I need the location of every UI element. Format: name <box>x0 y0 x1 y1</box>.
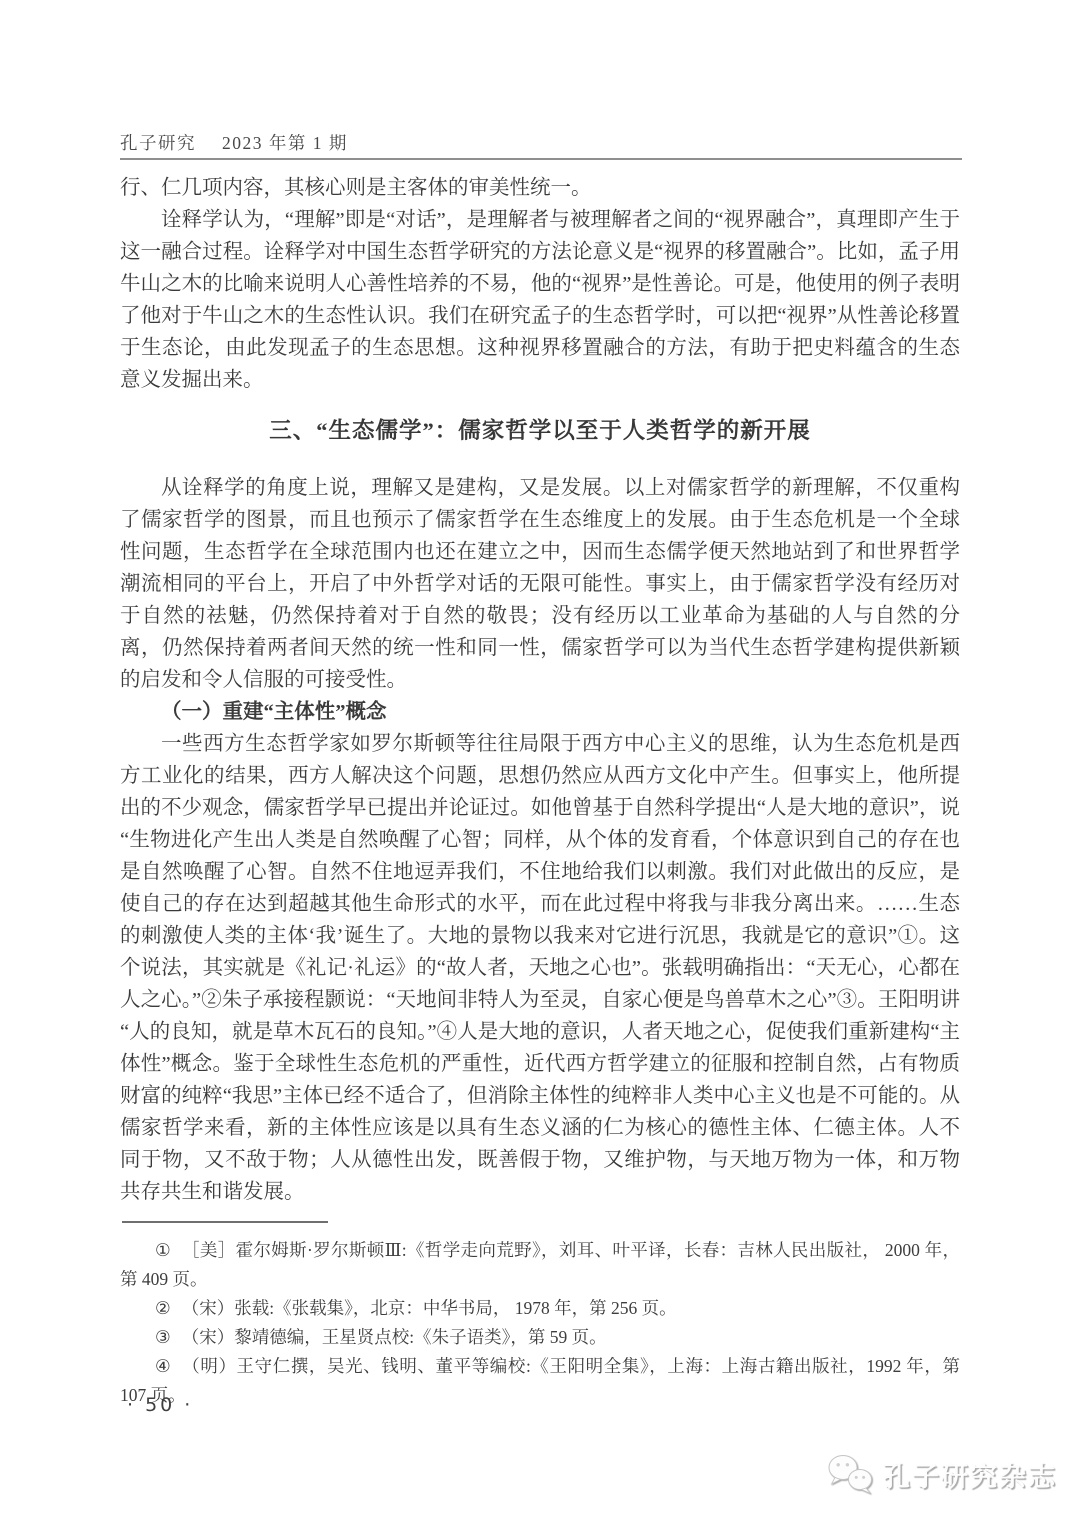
footnote-text: （宋）张载:《张载集》，北京：中华书局， 1978 年，第 256 页。 <box>182 1298 677 1318</box>
footnote-marker: ④ <box>155 1356 171 1376</box>
footnote-text: （明）王守仁撰，吴光、钱明、董平等编校:《王阳明全集》，上海：上海古籍出版社，1… <box>120 1356 960 1405</box>
footnote-marker: ② <box>155 1298 171 1318</box>
footnote: ①［美］霍尔姆斯·罗尔斯顿Ⅲ:《哲学走向荒野》，刘耳、叶平译，长春：吉林人民出版… <box>120 1236 960 1294</box>
running-head: 孔子研究2023 年第 1 期 <box>120 130 960 155</box>
footnote-separator <box>122 1221 328 1223</box>
footnote-text: ［美］霍尔姆斯·罗尔斯顿Ⅲ:《哲学走向荒野》，刘耳、叶平译，长春：吉林人民出版社… <box>120 1240 960 1289</box>
wechat-watermark: 孔子研究杂志 <box>826 1453 1057 1495</box>
wechat-bubbles-icon <box>826 1453 876 1495</box>
footnote: ②（宋）张载:《张载集》，北京：中华书局， 1978 年，第 256 页。 <box>120 1294 960 1323</box>
paragraph: 一些西方生态哲学家如罗尔斯顿等往往局限于西方中心主义的思维，认为生态危机是西方工… <box>120 728 960 1208</box>
footnote: ④（明）王守仁撰，吴光、钱明、董平等编校:《王阳明全集》，上海：上海古籍出版社，… <box>120 1352 960 1410</box>
footnote-text: （宋）黎靖德编，王星贤点校:《朱子语类》，第 59 页。 <box>182 1327 607 1347</box>
footnote-marker: ③ <box>155 1327 171 1347</box>
footnote: ③（宋）黎靖德编，王星贤点校:《朱子语类》，第 59 页。 <box>120 1323 960 1352</box>
journal-issue: 2023 年第 1 期 <box>222 133 348 153</box>
article-body: 行、仁几项内容，其核心则是主客体的审美性统一。 诠释学认为，“理解”即是“对话”… <box>120 172 960 1208</box>
journal-page: 孔子研究2023 年第 1 期 行、仁几项内容，其核心则是主客体的审美性统一。 … <box>0 0 1080 1527</box>
subsection-heading: （一）重建“主体性”概念 <box>120 696 960 728</box>
footnotes-section: ①［美］霍尔姆斯·罗尔斯顿Ⅲ:《哲学走向荒野》，刘耳、叶平译，长春：吉林人民出版… <box>120 1221 960 1410</box>
header-rule <box>120 158 962 160</box>
journal-title: 孔子研究 <box>120 133 196 153</box>
paragraph: 从诠释学的角度上说，理解又是建构，又是发展。以上对儒家哲学的新理解，不仅重构了儒… <box>120 472 960 696</box>
footnote-marker: ① <box>155 1240 171 1260</box>
page-number: · 50 · <box>127 1394 193 1416</box>
paragraph: 诠释学认为，“理解”即是“对话”，是理解者与被理解者之间的“视界融合”，真理即产… <box>120 204 960 396</box>
paragraph-continuation: 行、仁几项内容，其核心则是主客体的审美性统一。 <box>120 172 960 204</box>
watermark-label: 孔子研究杂志 <box>883 1455 1057 1494</box>
section-heading: 三、“生态儒学”：儒家哲学以至于人类哲学的新开展 <box>120 415 960 447</box>
